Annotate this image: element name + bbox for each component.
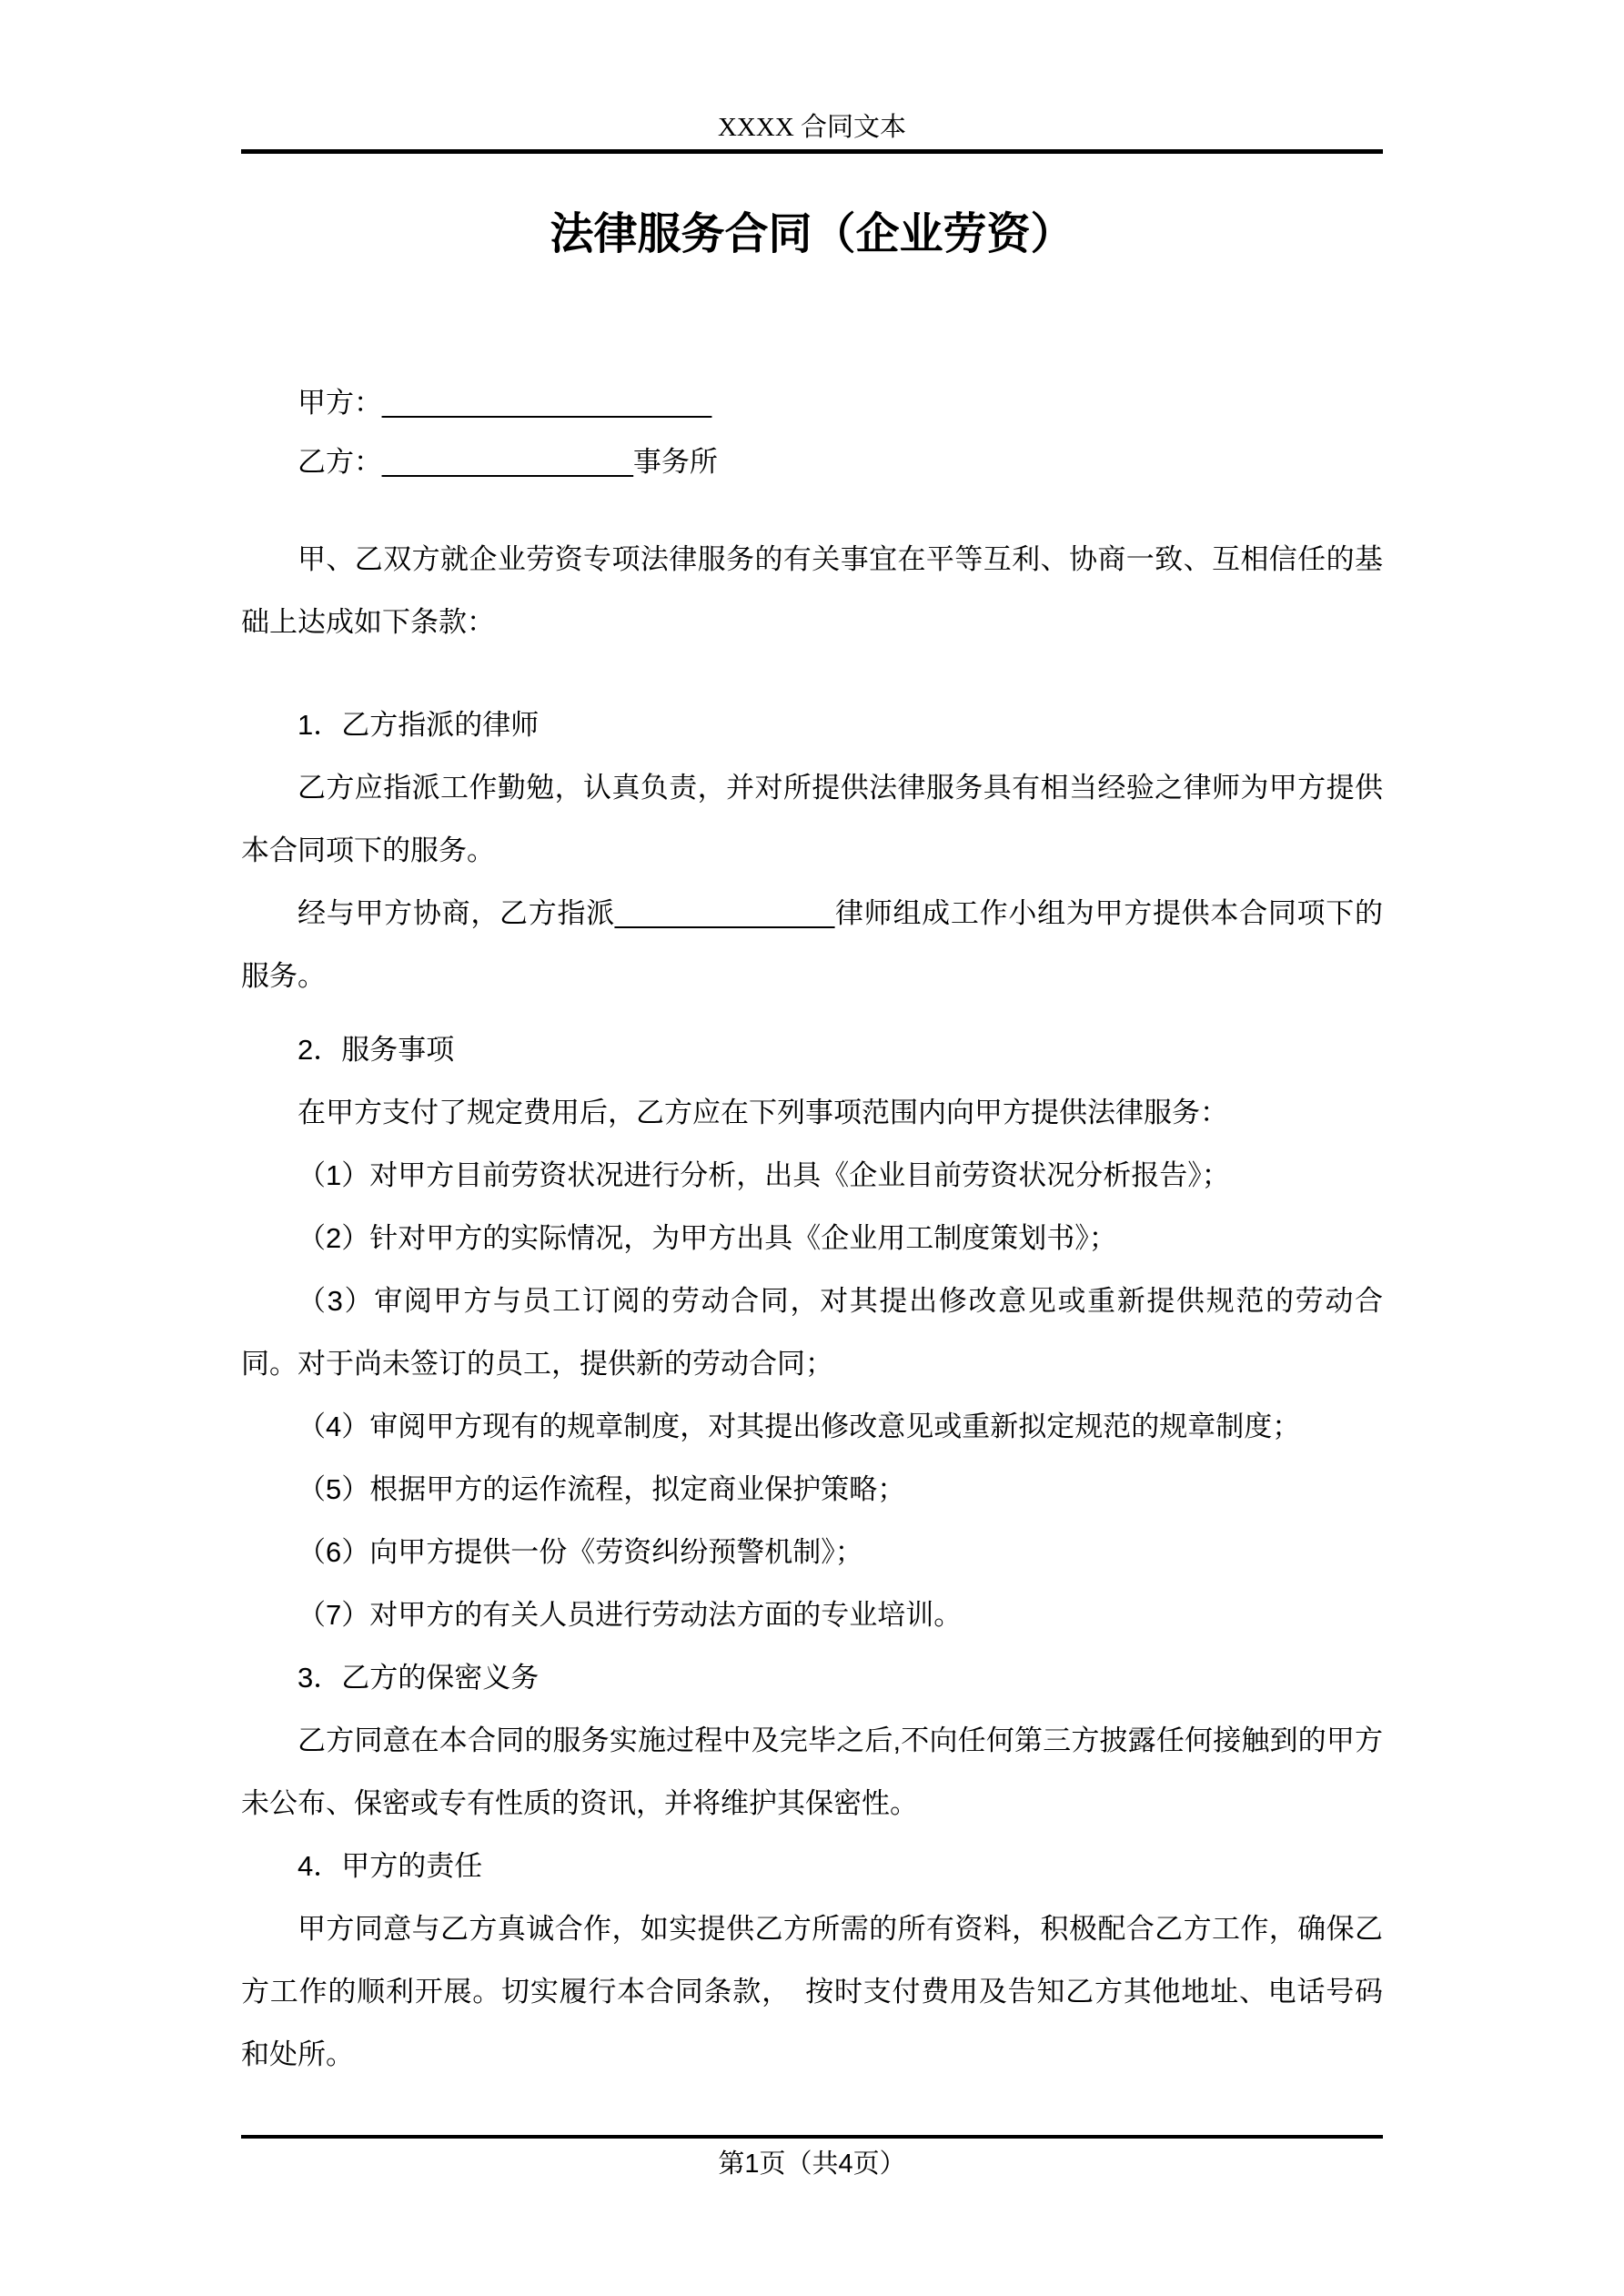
parties-block: 甲方：_____________________ 乙方：____________… — [241, 387, 1383, 479]
list-item-2: （2）针对甲方的实际情况，为甲方出具《企业用工制度策划书》； — [241, 1207, 1383, 1269]
list-item-4: （4）审阅甲方现有的规章制度，对其提出修改意见或重新拟定规范的规章制度； — [241, 1395, 1383, 1458]
document-title: 法律服务合同（企业劳资） — [0, 208, 1624, 261]
section-heading-2: 2．服务事项 — [241, 1018, 1383, 1081]
page-footer: 第1页（共4页） — [241, 2135, 1383, 2179]
list-item-6: （6）向甲方提供一份《劳资纠纷预警机制》； — [241, 1521, 1383, 1583]
contract-body: 甲、乙双方就企业劳资专项法律服务的有关事宜在平等互利、协商一致、互相信任的基础上… — [241, 528, 1383, 2086]
list-item-5: （5）根据甲方的运作流程，拟定商业保护策略； — [241, 1458, 1383, 1521]
section-heading-1: 1．乙方指派的律师 — [241, 693, 1383, 756]
paragraph: 乙方应指派工作勤勉，认真负责，并对所提供法律服务具有相当经验之律师为甲方提供本合… — [241, 756, 1383, 882]
party-a-line: 甲方：_____________________ — [241, 387, 1383, 420]
paragraph: 在甲方支付了规定费用后，乙方应在下列事项范围内向甲方提供法律服务： — [241, 1081, 1383, 1144]
paragraph-intro: 甲、乙双方就企业劳资专项法律服务的有关事宜在平等互利、协商一致、互相信任的基础上… — [241, 528, 1383, 653]
section-heading-4: 4．甲方的责任 — [241, 1835, 1383, 1897]
list-item-7: （7）对甲方的有关人员进行劳动法方面的专业培训。 — [241, 1583, 1383, 1646]
party-b-line: 乙方：________________事务所 — [241, 446, 1383, 479]
list-item-3: （3）审阅甲方与员工订阅的劳动合同，对其提出修改意见或重新提供规范的劳动合同。对… — [241, 1269, 1383, 1395]
paragraph: 甲方同意与乙方真诚合作，如实提供乙方所需的所有资料，积极配合乙方工作，确保乙方工… — [241, 1897, 1383, 2086]
header-text: XXXX 合同文本 — [718, 113, 906, 142]
page-number: 第1页（共4页） — [718, 2149, 905, 2179]
document-page: XXXX 合同文本 法律服务合同（企业劳资） 甲方：______________… — [0, 0, 1624, 2296]
list-item-1: （1）对甲方目前劳资状况进行分析，出具《企业目前劳资状况分析报告》； — [241, 1144, 1383, 1207]
section-heading-3: 3．乙方的保密义务 — [241, 1646, 1383, 1709]
paragraph: 乙方同意在本合同的服务实施过程中及完毕之后,不向任何第三方披露任何接触到的甲方未… — [241, 1709, 1383, 1835]
paragraph: 经与甲方协商，乙方指派______________律师组成工作小组为甲方提供本合… — [241, 882, 1383, 1007]
page-header: XXXX 合同文本 — [241, 0, 1383, 154]
